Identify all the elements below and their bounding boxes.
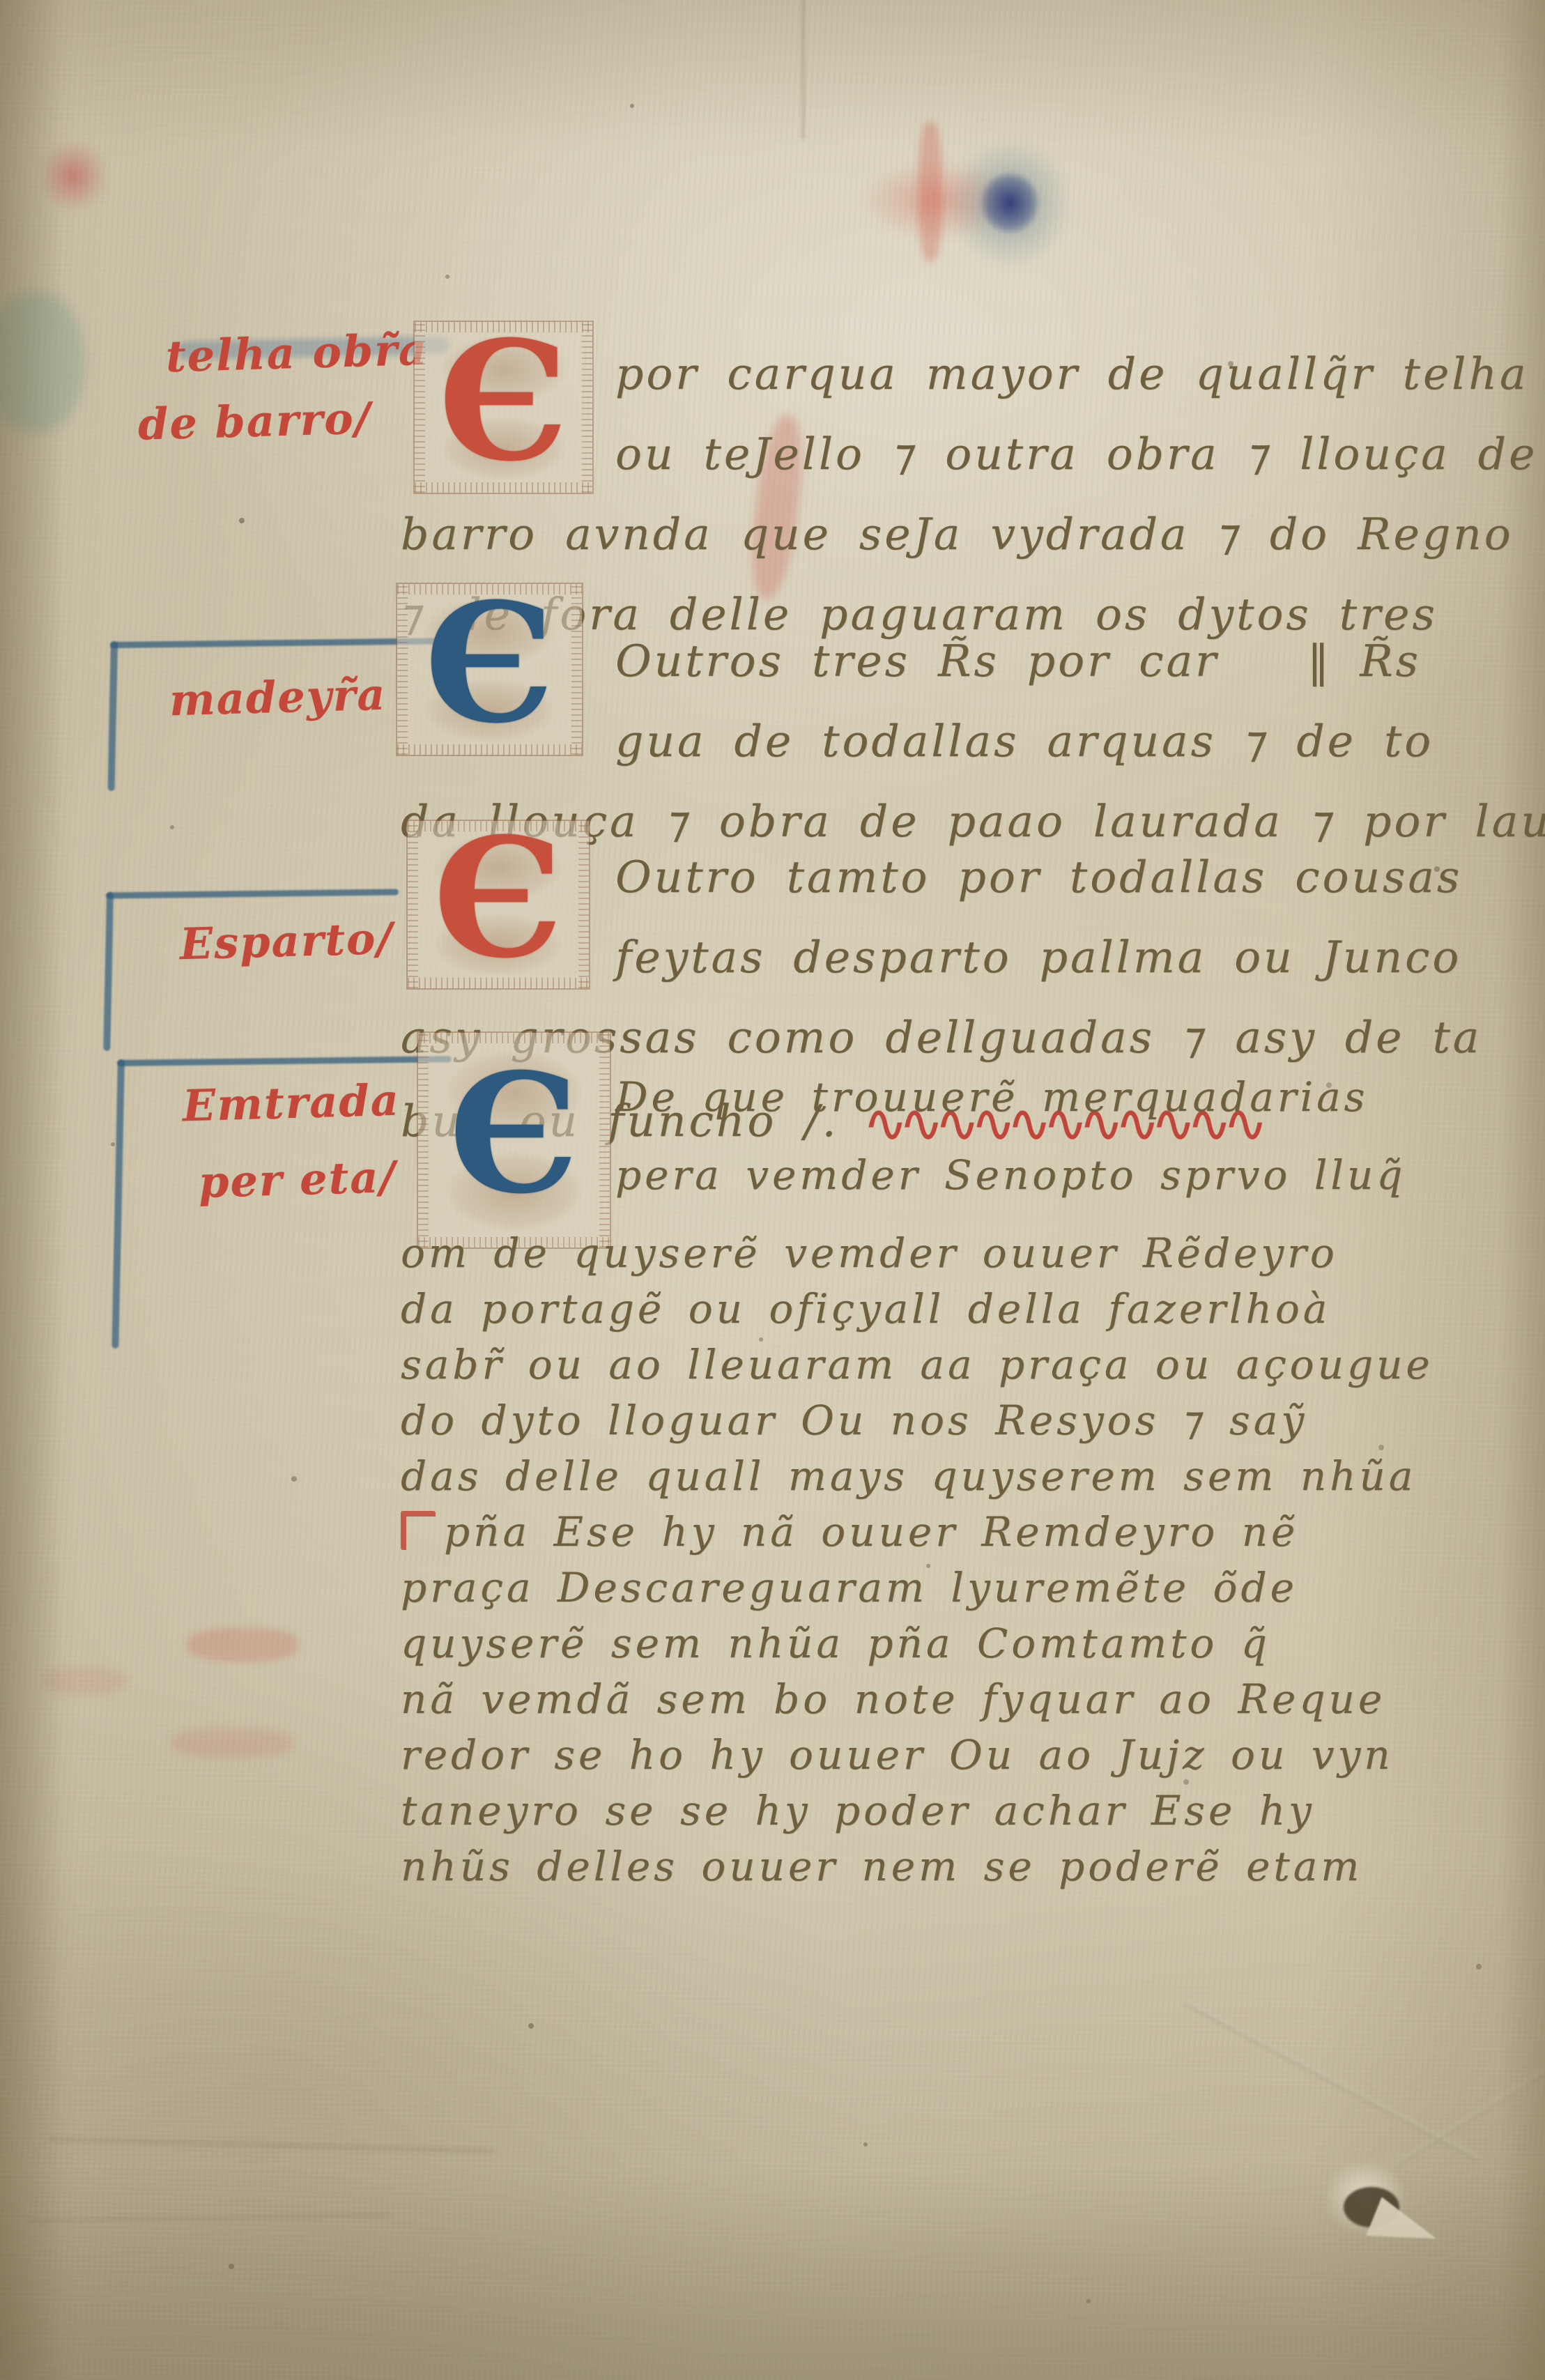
parchment-crease [1183,2000,1481,2162]
text-line: feytas desparto pallma ou Junco [615,932,1425,1012]
text-line: taneyro se se hy poder achar Ese hy [401,1787,1425,1843]
rubric-line: de barro/ [137,397,372,446]
text-line: De que trouuerẽ merquadarias [615,1073,1425,1151]
text-line: redor se ho hy ouuer Ou ao Jujz ou vyn [401,1731,1425,1787]
manuscript-page: telha obr̃a de barro/ Є por carqua mayor… [0,0,1545,2380]
text-line: gua de todallas arquas ⁊ de to [615,716,1425,796]
parchment-crease [28,2213,390,2222]
red-paragraph-mark [401,1511,436,1550]
rubric-line: per eta/ [198,1156,397,1204]
text-line: om de quyserẽ vemder ouuer Rẽdeyro [401,1229,1425,1285]
red-offset-smudge [861,160,1014,240]
parchment-tear-flap [1366,2197,1443,2260]
rubric-line: Emtrada [182,1079,400,1128]
text-line: por carqua mayor de quallq̃r telha [615,348,1425,429]
red-pigment-blot [38,139,108,213]
rubric-line: Esparto/ [179,917,394,967]
text-line: nã vemdã sem bo note fyquar ao Reque [401,1675,1425,1731]
text-line: do dyto lloguar Ou nos Resyos ⁊ saỹ [401,1397,1425,1452]
text-line: Outro tamto por todallas cousas [615,852,1425,932]
red-offset-streak [918,122,942,261]
text-line: das delle quall mays quyserem sem nhũa [401,1452,1425,1508]
text-line: Outros tres R̃s por car‖ R̃s [615,636,1425,716]
blue-ink-blot [979,171,1040,235]
blue-ink-halo [949,139,1071,268]
text-line: sabr̃ ou ao lleuaram aa praça ou açougue [401,1341,1425,1397]
parchment-crease [1392,2068,1545,2168]
text-line: da portagẽ ou ofiçyall della fazerlhoà [401,1285,1425,1341]
verso-show-through [42,1667,125,1695]
verso-show-through [187,1628,298,1661]
text-line: nhũs delles ouuer nem se poderẽ etam [401,1843,1425,1898]
rubric-line: telha obr̃a [165,328,429,378]
text-line: quyserẽ sem nhũa pña Comtamto q̃ [401,1620,1425,1675]
green-wash-smudge [0,293,84,432]
rubric-line: madeyr̃a [169,673,387,723]
text-block: De que trouuerẽ merquadariaspera vemder … [401,1073,1425,1898]
right-margin-word: ‖ R̃s [1307,636,1421,686]
text-line: praça Descareguaram lyuremẽte õde [401,1564,1425,1620]
parchment-crease [49,2137,495,2153]
parchment-crease [801,0,805,139]
text-line: pera vemder Senopto sprvo lluq̃ [615,1151,1425,1229]
text-line: pña Ese hy nã ouuer Remdeyro nẽ [401,1508,1425,1564]
dirt-speckles [0,0,3,3]
text-line: ou teJello ⁊ outra obra ⁊ llouça de [615,429,1425,509]
verso-show-through [171,1728,293,1758]
